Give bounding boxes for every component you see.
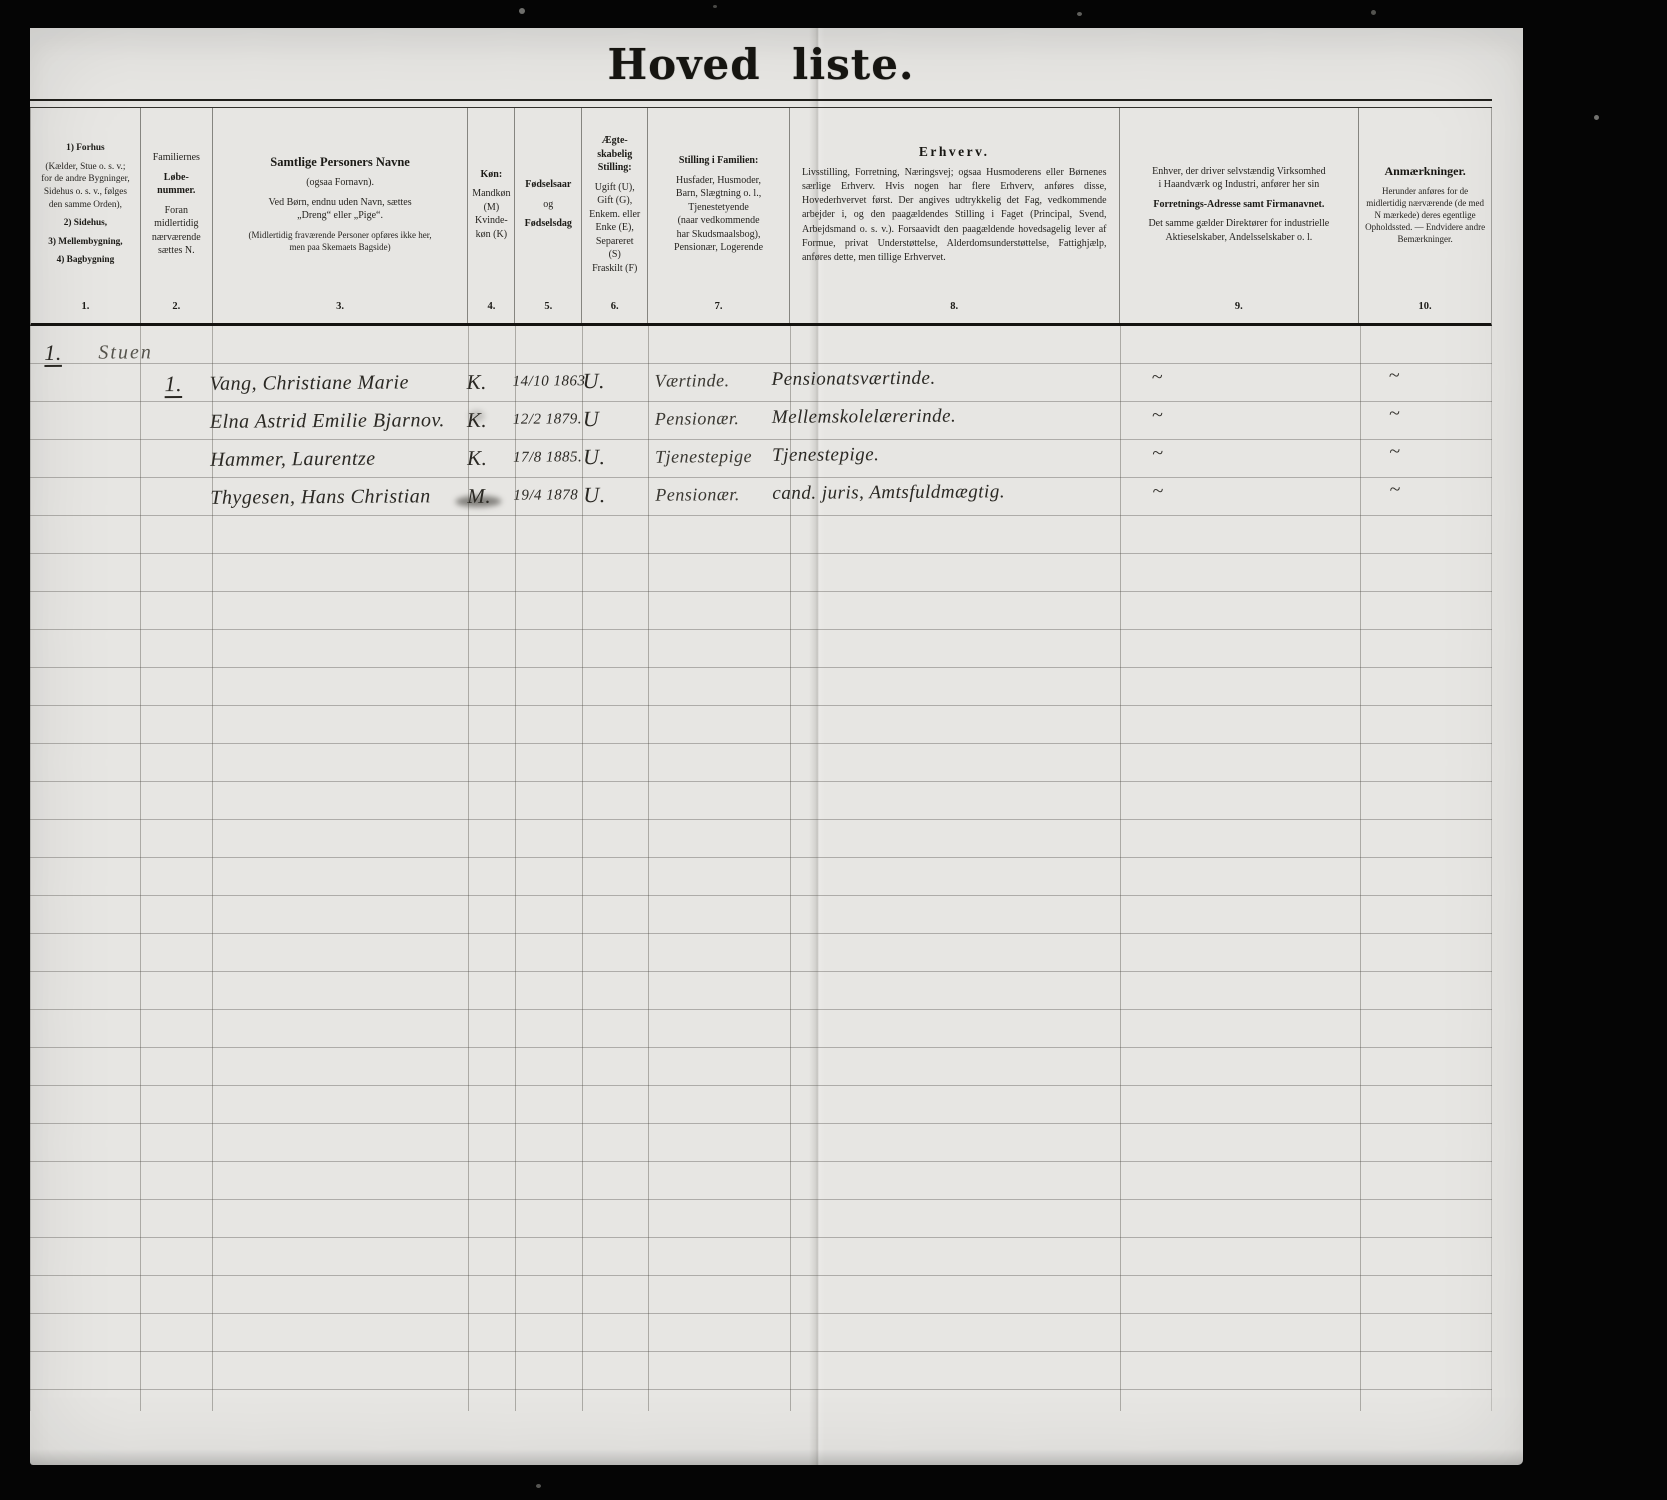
entry-remarks: ~ [1389, 394, 1401, 434]
header-text: Mandkøn (M) Kvinde- køn (K) [472, 187, 510, 241]
handwriting-layer: 1. Stuen 1. Vang, Christiane Marie K. 14… [30, 326, 1492, 1418]
header-text: Løbe- nummer. [157, 171, 195, 198]
row-line [30, 401, 1492, 402]
header-text: 4) Bagbygning [57, 254, 115, 267]
entry-birthdate: 12/2 1879. [513, 399, 582, 439]
column-header-family-number: Familiernes Løbe- nummer. Foran midlerti… [141, 108, 213, 323]
entry-family-position: Pensionær. [655, 474, 740, 515]
row-line [30, 1123, 1492, 1124]
entry-remarks: ~ [1388, 356, 1400, 396]
entry-occupation: cand. juris, Amtsfuldmægtig. [772, 472, 1005, 514]
row-line [30, 1047, 1492, 1048]
column-header-birthdate: Fødselsaar og Fødselsdag 5. [515, 108, 582, 323]
column-header-occupation: Erhverv. Livsstilling, Forretning, Nærin… [790, 108, 1120, 323]
entry-remarks: ~ [1389, 432, 1401, 472]
entry-marital-status: U [583, 399, 600, 439]
column-header-names: Samtlige Personers Navne (ogsaa Fornavn)… [213, 108, 469, 323]
row-line [30, 895, 1492, 896]
entry-sex: K. [466, 362, 487, 402]
entry-occupation: Mellemskolelærerinde. [772, 397, 957, 438]
entry-remarks: ~ [1389, 470, 1401, 510]
ink-smudge [469, 410, 485, 422]
column-line [468, 326, 469, 1411]
row-line [30, 971, 1492, 972]
row-line [30, 515, 1492, 516]
table-header: 1) Forhus (Kælder, Stue o. s. v.; for de… [30, 108, 1492, 326]
entry-marital-status: U. [583, 437, 606, 477]
row-line [30, 743, 1492, 744]
scan-speck [519, 8, 525, 14]
header-text: Køn: [481, 168, 503, 182]
column-number: 1. [31, 301, 140, 323]
table-top-rule [30, 99, 1492, 108]
column-number: 7. [648, 301, 789, 323]
entry-name: Elna Astrid Emilie Bjarnov. [210, 400, 445, 442]
column-number: 5. [515, 301, 581, 323]
entry-birthdate: 17/8 1885. [513, 437, 582, 477]
column-number: 9. [1120, 301, 1359, 323]
row-line [30, 439, 1492, 440]
header-text: Familiernes [153, 151, 200, 165]
column-number: 6. [582, 301, 647, 323]
header-text: 2) Sidehus, [64, 217, 107, 230]
header-text: Anmærkninger. [1384, 164, 1465, 179]
page-title: Hoved liste. [30, 40, 1492, 89]
header-text: Enhver, der driver selvstændig Virksomhe… [1152, 165, 1326, 192]
column-header-family-position: Stilling i Familien: Husfader, Husmoder,… [648, 108, 790, 323]
row-line [30, 705, 1492, 706]
column-number: 2. [141, 301, 212, 323]
row-line [30, 819, 1492, 820]
column-line [1120, 326, 1121, 1411]
census-table: 1) Forhus (Kælder, Stue o. s. v.; for de… [30, 99, 1492, 1412]
header-text: og [543, 198, 553, 212]
header-text: Fødselsaar [525, 178, 571, 192]
row-line [30, 1085, 1492, 1086]
header-text: Ugift (U), Gift (G), Enkem. eller Enke (… [589, 181, 640, 276]
row-line [30, 933, 1492, 934]
column-line [790, 326, 791, 1411]
row-line [30, 1275, 1492, 1276]
header-text: Erhverv. [919, 144, 990, 160]
scan-speck [713, 5, 717, 8]
column-line [1360, 326, 1361, 1411]
scan-speck [1594, 115, 1599, 120]
scan-speck [536, 1484, 541, 1488]
row-line [30, 1389, 1492, 1390]
row-line [30, 553, 1492, 554]
column-header-business-address: Enhver, der driver selvstændig Virksomhe… [1120, 108, 1360, 323]
row-line [30, 1313, 1492, 1314]
entry-name: Hammer, Laurentze [210, 439, 376, 480]
column-number: 4. [468, 301, 514, 323]
row-line [30, 857, 1492, 858]
row-line [30, 477, 1492, 478]
column-number: 10. [1359, 301, 1491, 323]
entry-occupation: Tjenestepige. [772, 435, 880, 476]
header-text: 1) Forhus [66, 142, 104, 155]
entry-family-number: 1. [164, 364, 182, 404]
row-line [30, 629, 1492, 630]
row-line [30, 1199, 1492, 1200]
entry-sex: K. [467, 438, 488, 478]
header-text: Forretnings-Adresse samt Firmanavnet. [1153, 198, 1324, 212]
column-line [140, 326, 141, 1411]
column-number: 3. [213, 301, 468, 323]
header-text: (Kælder, Stue o. s. v.; for de andre Byg… [41, 161, 129, 211]
entry-birthdate: 19/4 1878 [513, 475, 578, 515]
column-header-building: 1) Forhus (Kælder, Stue o. s. v.; for de… [31, 108, 141, 323]
header-text: Det samme gælder Direktører for industri… [1148, 217, 1329, 244]
column-line [582, 326, 583, 1411]
entry-name: Thygesen, Hans Christian [210, 476, 431, 518]
column-header-sex: Køn: Mandkøn (M) Kvinde- køn (K) 4. [468, 108, 515, 323]
row-line [30, 1237, 1492, 1238]
row-line [30, 363, 1492, 364]
column-header-marital-status: Ægte- skabelig Stilling: Ugift (U), Gift… [582, 108, 648, 323]
entry-marital-status: U. [583, 475, 606, 515]
header-text: Livsstilling, Forretning, Næringsvej; og… [793, 166, 1116, 265]
column-line [648, 326, 649, 1411]
entry-family-position: Pensionær. [655, 398, 740, 439]
row-line [30, 1161, 1492, 1162]
scan-speck [1077, 12, 1082, 16]
entry-marital-status: U. [582, 361, 605, 401]
table-body: 1. Stuen 1. Vang, Christiane Marie K. 14… [30, 326, 1492, 1418]
column-number: 8. [790, 301, 1119, 323]
row-line [30, 1009, 1492, 1010]
header-text: Herunder anføres for de midlertidig nærv… [1365, 185, 1485, 246]
scan-speck [1371, 10, 1376, 15]
row-line [30, 591, 1492, 592]
entry-name: Vang, Christiane Marie [209, 362, 409, 403]
header-text: Stilling i Familien: [679, 154, 758, 168]
entry-birthdate: 14/10 1863 [512, 361, 585, 402]
header-text: Fødselsdag [525, 217, 572, 231]
row-line [30, 1351, 1492, 1352]
entry-family-position: Værtinde. [654, 360, 729, 401]
column-line [30, 326, 31, 1411]
column-line [212, 326, 213, 1411]
header-text: Ved Børn, endnu uden Navn, sættes „Dreng… [269, 196, 412, 223]
header-text: (Midlertidig fraværende Personer opføres… [249, 229, 432, 254]
entry-occupation: Pensionatsværtinde. [771, 359, 935, 400]
header-text: (ogsaa Fornavn). [306, 176, 374, 190]
header-text: Samtlige Personers Navne [270, 155, 410, 170]
entry-family-position: Tjenestepige [655, 436, 752, 477]
column-header-remarks: Anmærkninger. Herunder anføres for de mi… [1359, 108, 1491, 323]
header-text: Foran midlertidig nærværende sættes N. [152, 204, 201, 258]
header-text: Ægte- skabelig Stilling: [597, 134, 632, 175]
column-line [1491, 326, 1492, 1411]
column-line [515, 326, 516, 1411]
scan-background: Hoved liste. 1) Forhus (Kælder, Stue o. … [0, 0, 1667, 1500]
header-text: 3) Mellembygning, [48, 236, 122, 249]
header-text: Husfader, Husmoder, Barn, Slægtning o. l… [674, 174, 763, 255]
row-line [30, 667, 1492, 668]
row-line [30, 781, 1492, 782]
